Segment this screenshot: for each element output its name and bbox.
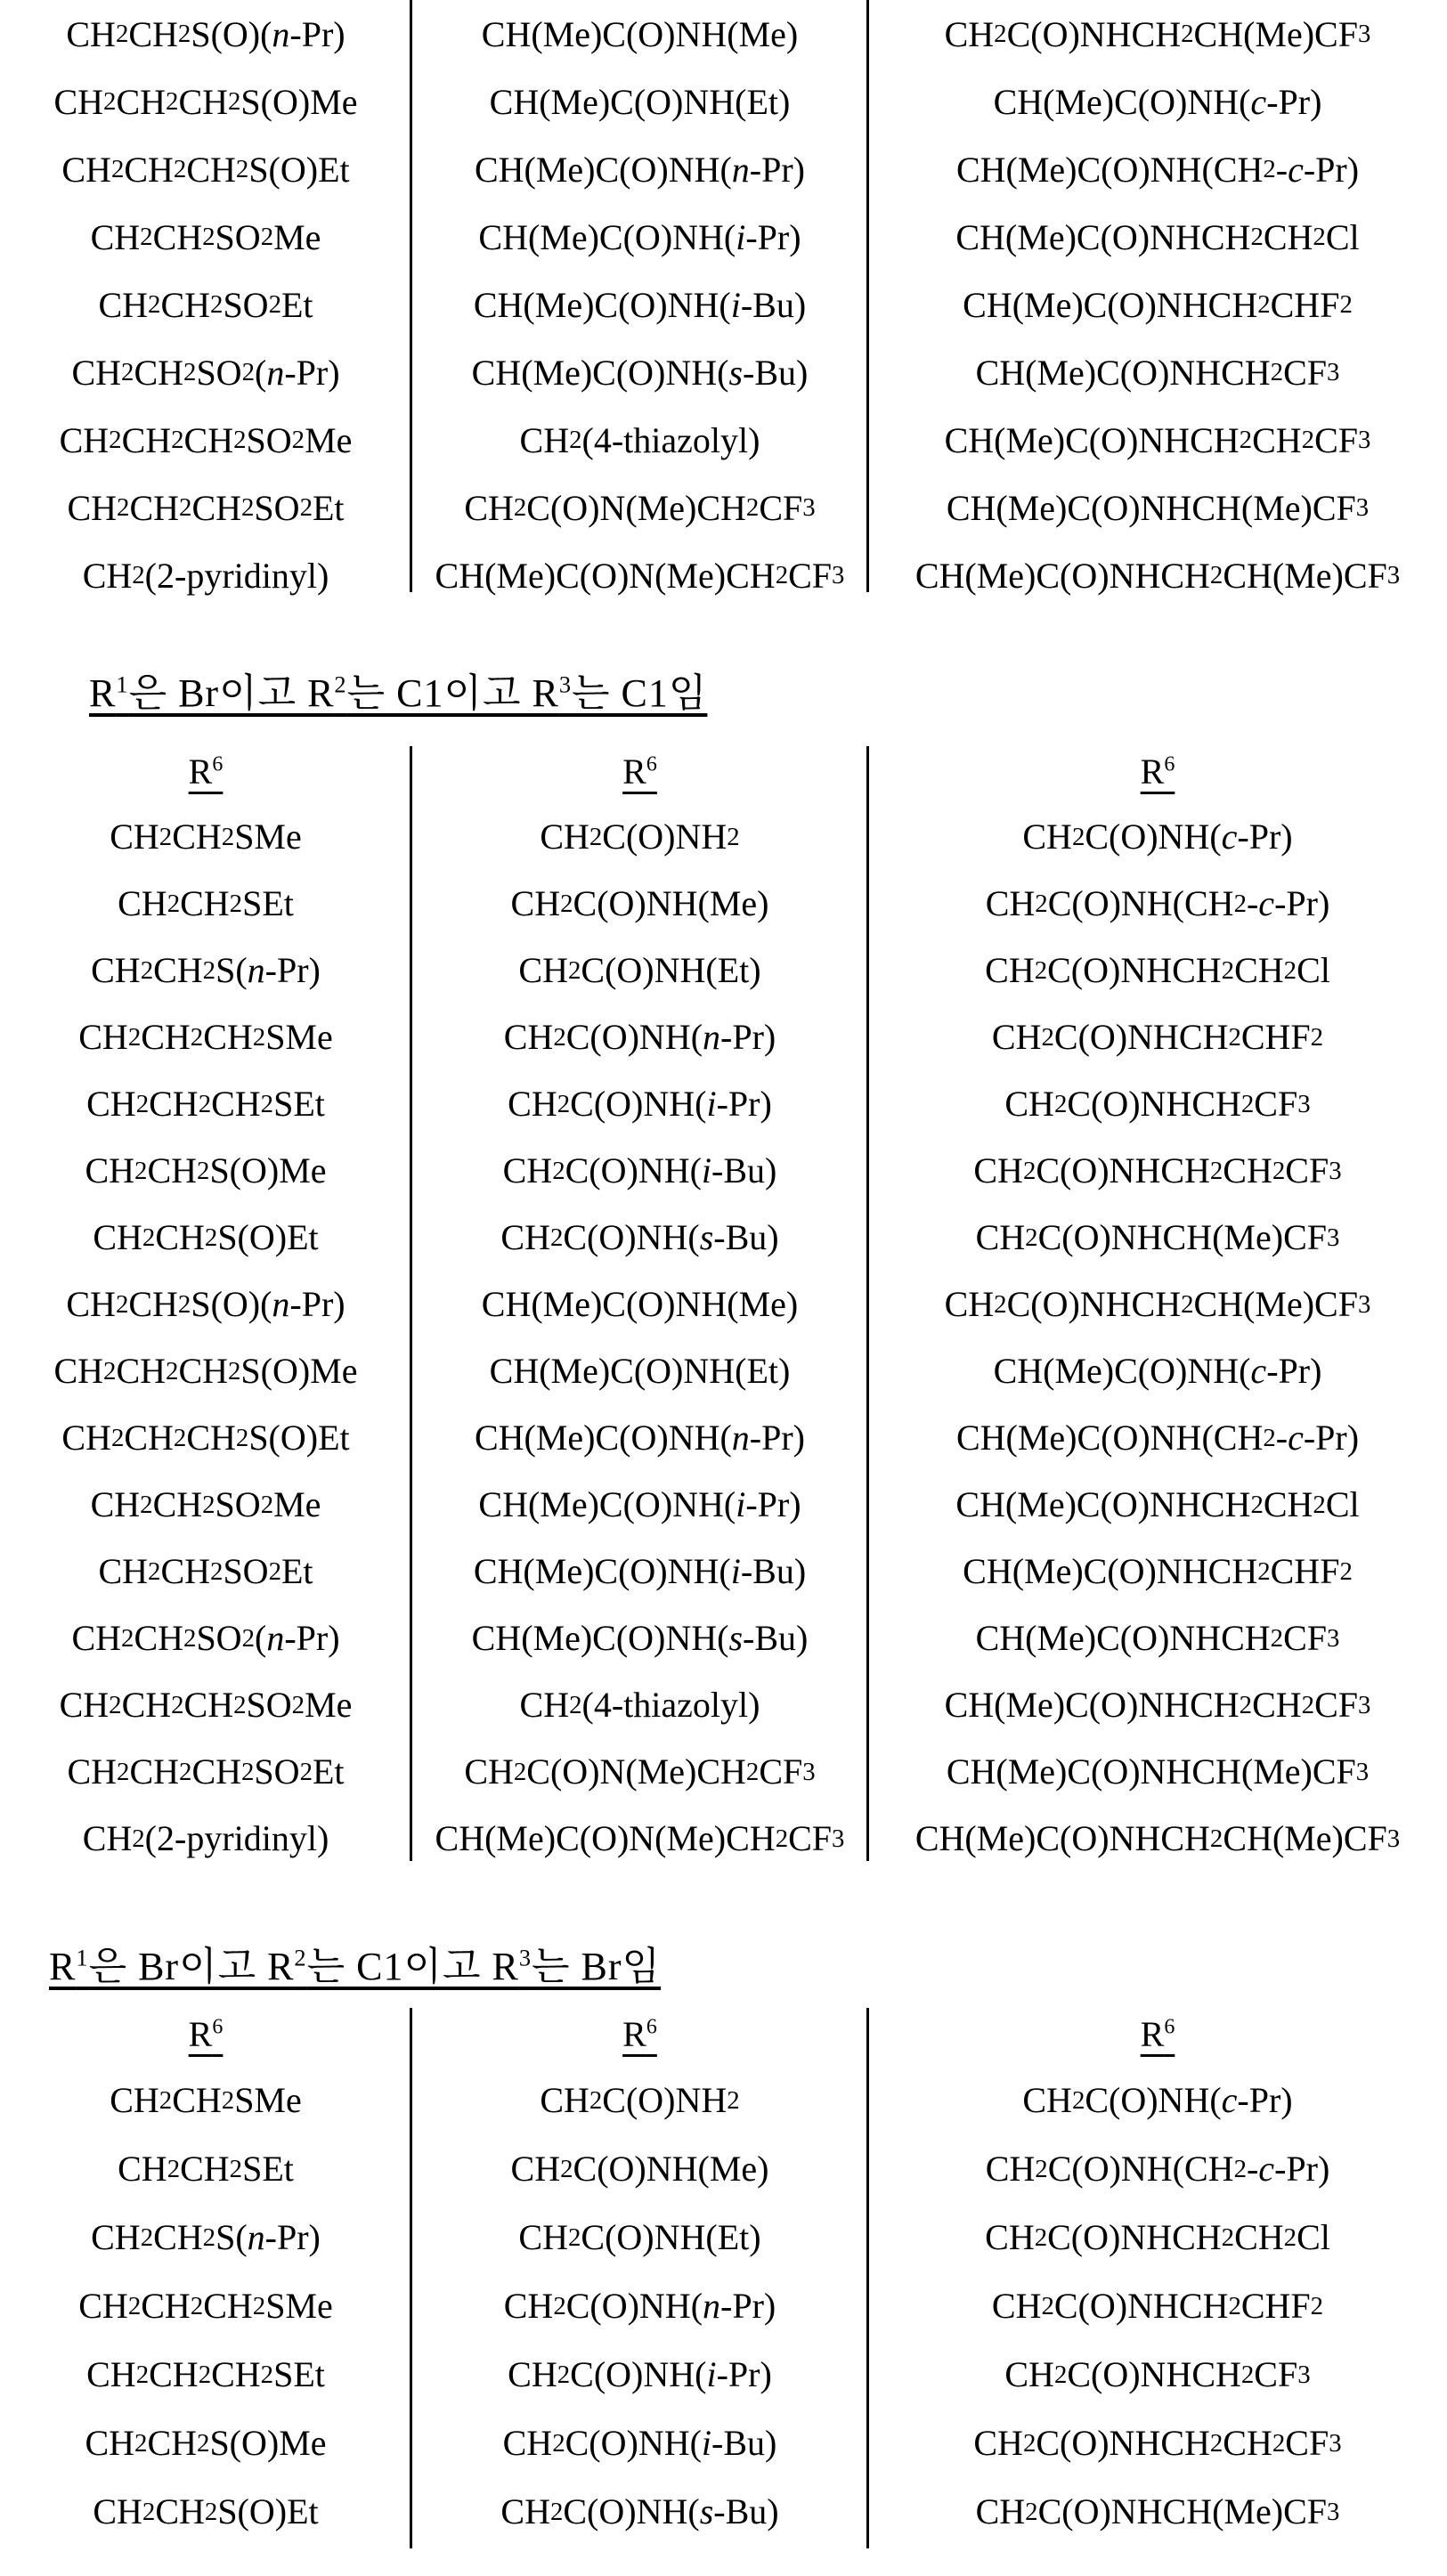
- formula-cell: CH(Me)C(O)NH(c-Pr): [868, 68, 1447, 135]
- formula-cell: CH(Me)C(O)NHCH(Me)CF3: [868, 474, 1447, 541]
- table-row: CH2CH2S(n-Pr)CH2C(O)NH(Et)CH2C(O)NHCH2CH…: [0, 2203, 1447, 2271]
- formula-cell: CH2C(O)NH(Et): [411, 2203, 868, 2271]
- section-heading-2: R1은 Br이고 R2는 C1이고 R3는 Br임: [49, 1934, 661, 1991]
- column-header-cell: R6: [868, 739, 1447, 803]
- table-row: CH2CH2SMeCH2C(O)NH2CH2C(O)NH(c-Pr): [0, 2066, 1447, 2134]
- r6-column-header: R6: [189, 2013, 224, 2055]
- r6-column-header: R6: [622, 2013, 657, 2055]
- formula-cell: CH2CH2SO2(n-Pr): [0, 1605, 411, 1671]
- formula-cell: CH2CH2S(O)Me: [0, 1137, 411, 1204]
- formula-cell: CH2C(O)NHCH2CH(Me)CF3: [868, 0, 1447, 68]
- column-header-cell: R6: [411, 739, 868, 803]
- table2-column-divider-right: [866, 746, 869, 1861]
- table-row: CH2CH2CH2SEtCH2C(O)NH(i-Pr)CH2C(O)NHCH2C…: [0, 1070, 1447, 1137]
- formula-cell: CH2C(O)NH(n-Pr): [411, 1004, 868, 1070]
- formula-cell: CH2CH2CH2S(O)Et: [0, 1404, 411, 1471]
- formula-cell: CH2C(O)NH(c-Pr): [868, 803, 1447, 870]
- formula-cell: CH2C(O)NH(Et): [411, 937, 868, 1004]
- formula-cell: CH2(2-pyridinyl): [0, 1805, 411, 1872]
- formula-cell: CH2C(O)NH(Me): [411, 870, 868, 937]
- table-row: CH2CH2S(O)MeCH2C(O)NH(i-Bu)CH2C(O)NHCH2C…: [0, 2409, 1447, 2477]
- formula-cell: CH2C(O)NH(c-Pr): [868, 2066, 1447, 2134]
- formula-cell: CH2(4-thiazolyl): [411, 406, 868, 474]
- table3-column-divider-left: [410, 2008, 412, 2548]
- table-row: CH2CH2SMeCH2C(O)NH2CH2C(O)NH(c-Pr): [0, 803, 1447, 870]
- formula-cell: CH(Me)C(O)NH(s-Bu): [411, 1605, 868, 1671]
- formula-cell: CH(Me)C(O)N(Me)CH2CF3: [411, 541, 868, 609]
- table-row: CH2CH2SEtCH2C(O)NH(Me)CH2C(O)NH(CH2-c-Pr…: [0, 2134, 1447, 2203]
- substituent-table-1: CH2CH2S(O)(n-Pr)CH(Me)C(O)NH(Me)CH2C(O)N…: [0, 0, 1447, 609]
- table-row: CH2CH2SO2MeCH(Me)C(O)NH(i-Pr)CH(Me)C(O)N…: [0, 1471, 1447, 1538]
- r6-column-header: R6: [1141, 751, 1175, 792]
- table-row: CH2CH2CH2SO2EtCH2C(O)N(Me)CH2CF3CH(Me)C(…: [0, 474, 1447, 541]
- table3-column-divider-right: [866, 2008, 869, 2548]
- formula-cell: CH2CH2SO2Me: [0, 203, 411, 271]
- formula-cell: CH2C(O)N(Me)CH2CF3: [411, 474, 868, 541]
- formula-cell: CH(Me)C(O)NHCH(Me)CF3: [868, 1738, 1447, 1805]
- formula-cell: CH2CH2SMe: [0, 803, 411, 870]
- formula-cell: CH(Me)C(O)NHCH2CHF2: [868, 271, 1447, 338]
- formula-cell: CH2C(O)NH(i-Pr): [411, 2340, 868, 2409]
- formula-cell: CH(Me)C(O)NH(Me): [411, 1271, 868, 1337]
- formula-cell: CH2C(O)NH(Me): [411, 2134, 868, 2203]
- formula-cell: CH2CH2SEt: [0, 870, 411, 937]
- table-row: CH2CH2CH2S(O)EtCH(Me)C(O)NH(n-Pr)CH(Me)C…: [0, 135, 1447, 203]
- formula-cell: CH2C(O)N(Me)CH2CF3: [411, 1738, 868, 1805]
- formula-cell: CH2C(O)NHCH2CH2Cl: [868, 937, 1447, 1004]
- formula-cell: CH2C(O)NH2: [411, 803, 868, 870]
- formula-cell: CH2CH2CH2S(O)Me: [0, 68, 411, 135]
- formula-cell: CH2C(O)NHCH(Me)CF3: [868, 2477, 1447, 2546]
- table-row: CH2CH2S(O)(n-Pr)CH(Me)C(O)NH(Me)CH2C(O)N…: [0, 0, 1447, 68]
- table-row: CH2(2-pyridinyl)CH(Me)C(O)N(Me)CH2CF3CH(…: [0, 1805, 1447, 1872]
- formula-cell: CH2C(O)NH(s-Bu): [411, 1204, 868, 1271]
- formula-cell: CH(Me)C(O)NHCH2CH2Cl: [868, 1471, 1447, 1538]
- formula-cell: CH2C(O)NHCH2CH2CF3: [868, 2409, 1447, 2477]
- r6-column-header: R6: [189, 751, 224, 792]
- formula-cell: CH2CH2CH2SMe: [0, 2271, 411, 2340]
- table-row: CH2CH2SO2MeCH(Me)C(O)NH(i-Pr)CH(Me)C(O)N…: [0, 203, 1447, 271]
- formula-cell: CH(Me)C(O)NH(CH2-c-Pr): [868, 1404, 1447, 1471]
- table1-column-divider-left: [410, 0, 412, 592]
- formula-cell: CH2CH2SO2(n-Pr): [0, 338, 411, 406]
- formula-cell: CH(Me)C(O)NHCH2CH(Me)CF3: [868, 541, 1447, 609]
- table-row: CH2CH2CH2SEtCH2C(O)NH(i-Pr)CH2C(O)NHCH2C…: [0, 2340, 1447, 2409]
- formula-cell: CH2C(O)NHCH2CF3: [868, 2340, 1447, 2409]
- formula-cell: CH2C(O)NHCH2CF3: [868, 1070, 1447, 1137]
- formula-cell: CH2C(O)NH(s-Bu): [411, 2477, 868, 2546]
- table-row: CH2CH2SO2(n-Pr)CH(Me)C(O)NH(s-Bu)CH(Me)C…: [0, 1605, 1447, 1671]
- table-row: CH2CH2S(O)(n-Pr)CH(Me)C(O)NH(Me)CH2C(O)N…: [0, 1271, 1447, 1337]
- formula-cell: CH2CH2SMe: [0, 2066, 411, 2134]
- formula-cell: CH(Me)C(O)NH(i-Pr): [411, 203, 868, 271]
- table-row: CH2CH2CH2SMeCH2C(O)NH(n-Pr)CH2C(O)NHCH2C…: [0, 1004, 1447, 1070]
- table-row: CH2CH2S(n-Pr)CH2C(O)NH(Et)CH2C(O)NHCH2CH…: [0, 937, 1447, 1004]
- table-row: CH2(2-pyridinyl)CH(Me)C(O)N(Me)CH2CF3CH(…: [0, 541, 1447, 609]
- formula-cell: CH(Me)C(O)NH(Me): [411, 0, 868, 68]
- formula-cell: CH(Me)C(O)NHCH2CF3: [868, 1605, 1447, 1671]
- table-row: CH2CH2SEtCH2C(O)NH(Me)CH2C(O)NH(CH2-c-Pr…: [0, 870, 1447, 937]
- table-row: CH2CH2CH2S(O)MeCH(Me)C(O)NH(Et)CH(Me)C(O…: [0, 1337, 1447, 1404]
- column-header-cell: R6: [0, 2002, 411, 2066]
- formula-cell: CH(Me)C(O)NH(Et): [411, 1337, 868, 1404]
- formula-cell: CH2C(O)NH(i-Bu): [411, 2409, 868, 2477]
- formula-cell: CH(Me)C(O)NH(s-Bu): [411, 338, 868, 406]
- table-row: CH2CH2SO2EtCH(Me)C(O)NH(i-Bu)CH(Me)C(O)N…: [0, 271, 1447, 338]
- formula-cell: CH(Me)C(O)NH(n-Pr): [411, 135, 868, 203]
- formula-cell: CH2CH2SO2Me: [0, 1471, 411, 1538]
- table-row: CH2CH2CH2SO2EtCH2C(O)N(Me)CH2CF3CH(Me)C(…: [0, 1738, 1447, 1805]
- formula-cell: CH(Me)C(O)NHCH2CH(Me)CF3: [868, 1805, 1447, 1872]
- column-header-cell: R6: [0, 739, 411, 803]
- formula-cell: CH(Me)C(O)NH(Et): [411, 68, 868, 135]
- formula-cell: CH2CH2S(n-Pr): [0, 937, 411, 1004]
- formula-cell: CH2CH2CH2S(O)Me: [0, 1337, 411, 1404]
- formula-cell: CH2CH2CH2SEt: [0, 1070, 411, 1137]
- substituent-table-3: R6R6R6CH2CH2SMeCH2C(O)NH2CH2C(O)NH(c-Pr)…: [0, 2002, 1447, 2546]
- formula-cell: CH2CH2CH2SO2Et: [0, 474, 411, 541]
- formula-cell: CH2CH2S(n-Pr): [0, 2203, 411, 2271]
- table2-column-divider-left: [410, 746, 412, 1861]
- table-row: CH2CH2CH2SMeCH2C(O)NH(n-Pr)CH2C(O)NHCH2C…: [0, 2271, 1447, 2340]
- formula-cell: CH(Me)C(O)NH(c-Pr): [868, 1337, 1447, 1404]
- formula-cell: CH2(4-thiazolyl): [411, 1671, 868, 1738]
- formula-cell: CH2CH2CH2S(O)Et: [0, 135, 411, 203]
- formula-cell: CH(Me)C(O)N(Me)CH2CF3: [411, 1805, 868, 1872]
- formula-cell: CH2C(O)NH(CH2-c-Pr): [868, 870, 1447, 937]
- formula-cell: CH2CH2S(O)Et: [0, 1204, 411, 1271]
- formula-cell: CH(Me)C(O)NH(n-Pr): [411, 1404, 868, 1471]
- column-header-cell: R6: [868, 2002, 1447, 2066]
- formula-cell: CH(Me)C(O)NH(i-Bu): [411, 271, 868, 338]
- formula-cell: CH2CH2SO2Et: [0, 1538, 411, 1605]
- formula-cell: CH2C(O)NH(i-Pr): [411, 1070, 868, 1137]
- r6-column-header: R6: [1141, 2013, 1175, 2055]
- formula-cell: CH2CH2SEt: [0, 2134, 411, 2203]
- formula-cell: CH2(2-pyridinyl): [0, 541, 411, 609]
- table-row: CH2CH2SO2EtCH(Me)C(O)NH(i-Bu)CH(Me)C(O)N…: [0, 1538, 1447, 1605]
- table-row: CH2CH2CH2S(O)MeCH(Me)C(O)NH(Et)CH(Me)C(O…: [0, 68, 1447, 135]
- formula-cell: CH2CH2CH2SO2Et: [0, 1738, 411, 1805]
- formula-cell: CH(Me)C(O)NHCH2CHF2: [868, 1538, 1447, 1605]
- formula-cell: CH2CH2S(O)(n-Pr): [0, 1271, 411, 1337]
- table-row: CH2CH2SO2(n-Pr)CH(Me)C(O)NH(s-Bu)CH(Me)C…: [0, 338, 1447, 406]
- formula-cell: CH2CH2CH2SO2Me: [0, 406, 411, 474]
- formula-cell: CH2CH2S(O)(n-Pr): [0, 0, 411, 68]
- table1-column-divider-right: [866, 0, 869, 592]
- table-row: CH2CH2CH2SO2MeCH2(4-thiazolyl)CH(Me)C(O)…: [0, 1671, 1447, 1738]
- formula-cell: CH2CH2SO2Et: [0, 271, 411, 338]
- formula-cell: CH(Me)C(O)NHCH2CH2CF3: [868, 406, 1447, 474]
- table-row: CH2CH2CH2S(O)EtCH(Me)C(O)NH(n-Pr)CH(Me)C…: [0, 1404, 1447, 1471]
- formula-cell: CH(Me)C(O)NH(CH2-c-Pr): [868, 135, 1447, 203]
- formula-cell: CH2C(O)NH(n-Pr): [411, 2271, 868, 2340]
- formula-cell: CH(Me)C(O)NHCH2CF3: [868, 338, 1447, 406]
- formula-cell: CH2C(O)NHCH2CH2Cl: [868, 2203, 1447, 2271]
- formula-cell: CH2C(O)NHCH2CHF2: [868, 1004, 1447, 1070]
- formula-cell: CH2C(O)NHCH2CH2CF3: [868, 1137, 1447, 1204]
- section-heading-1: R1은 Br이고 R2는 C1이고 R3는 C1임: [89, 661, 707, 718]
- formula-cell: CH2CH2CH2SEt: [0, 2340, 411, 2409]
- formula-cell: CH2C(O)NHCH2CHF2: [868, 2271, 1447, 2340]
- table-row: CH2CH2S(O)MeCH2C(O)NH(i-Bu)CH2C(O)NHCH2C…: [0, 1137, 1447, 1204]
- r6-column-header: R6: [622, 751, 657, 792]
- formula-cell: CH(Me)C(O)NHCH2CH2Cl: [868, 203, 1447, 271]
- formula-cell: CH2C(O)NH(CH2-c-Pr): [868, 2134, 1447, 2203]
- column-header-cell: R6: [411, 2002, 868, 2066]
- formula-cell: CH2CH2CH2SMe: [0, 1004, 411, 1070]
- formula-cell: CH2C(O)NHCH2CH(Me)CF3: [868, 1271, 1447, 1337]
- substituent-table-2: R6R6R6CH2CH2SMeCH2C(O)NH2CH2C(O)NH(c-Pr)…: [0, 739, 1447, 1872]
- formula-cell: CH2CH2CH2SO2Me: [0, 1671, 411, 1738]
- document-page: CH2CH2S(O)(n-Pr)CH(Me)C(O)NH(Me)CH2C(O)N…: [0, 0, 1447, 2576]
- formula-cell: CH2CH2S(O)Me: [0, 2409, 411, 2477]
- table-row: CH2CH2S(O)EtCH2C(O)NH(s-Bu)CH2C(O)NHCH(M…: [0, 2477, 1447, 2546]
- formula-cell: CH(Me)C(O)NH(i-Bu): [411, 1538, 868, 1605]
- formula-cell: CH2C(O)NH2: [411, 2066, 868, 2134]
- formula-cell: CH(Me)C(O)NH(i-Pr): [411, 1471, 868, 1538]
- formula-cell: CH2C(O)NH(i-Bu): [411, 1137, 868, 1204]
- formula-cell: CH2CH2S(O)Et: [0, 2477, 411, 2546]
- table-row: CH2CH2S(O)EtCH2C(O)NH(s-Bu)CH2C(O)NHCH(M…: [0, 1204, 1447, 1271]
- formula-cell: CH2C(O)NHCH(Me)CF3: [868, 1204, 1447, 1271]
- formula-cell: CH(Me)C(O)NHCH2CH2CF3: [868, 1671, 1447, 1738]
- table-row: CH2CH2CH2SO2MeCH2(4-thiazolyl)CH(Me)C(O)…: [0, 406, 1447, 474]
